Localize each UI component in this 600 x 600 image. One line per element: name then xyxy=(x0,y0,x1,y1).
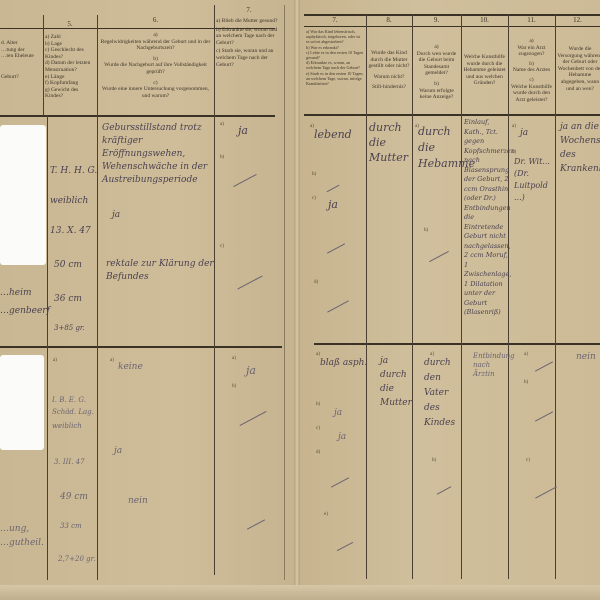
sub-label: c) xyxy=(312,196,316,201)
sub-label: b) xyxy=(232,384,236,389)
col-divider xyxy=(461,14,462,579)
column-number: 7. xyxy=(214,6,284,14)
sub-label: b) xyxy=(524,380,528,385)
sub-label: a) xyxy=(524,352,528,357)
child-sex: weiblich xyxy=(50,196,88,206)
sub-label: c) xyxy=(526,458,530,463)
col-divider xyxy=(43,15,44,115)
col4-header: d. Alter …tung der …ten Eheleute Geburt? xyxy=(1,40,41,80)
column-number: 12. xyxy=(555,16,600,24)
midwife-assistance: Entbindung nach Ärztin xyxy=(473,352,509,379)
col-divider xyxy=(284,5,285,580)
child-sex: weiblich xyxy=(52,422,82,430)
column-number: 5. xyxy=(43,20,97,28)
column-number: 10. xyxy=(461,16,508,24)
registered-by: durch die Hebamme xyxy=(418,124,462,172)
child-weight: 2,7+20 gr. xyxy=(58,555,95,563)
child-condition: lebend xyxy=(314,128,352,141)
redaction-patch xyxy=(0,355,44,450)
col4-fragment: …gutheil. xyxy=(0,538,44,548)
col-divider xyxy=(412,14,413,579)
col-divider xyxy=(97,15,98,580)
col5-header: a) Zahl b) Lage c) Geschlecht des Kindes… xyxy=(45,34,97,100)
col11-header: a) War ein Arzt zugezogen? b) Name des A… xyxy=(510,38,553,103)
sub-label: a) xyxy=(53,358,57,363)
doctor-name: Dr. Wit... (Dr. Luitpold ...) xyxy=(514,156,556,204)
col12-header: Wurde die Versorgung während der Geburt … xyxy=(557,46,600,92)
child-weight: 3+85 gr. xyxy=(54,324,85,332)
sub-label: c) xyxy=(316,426,320,431)
sub-label: d) xyxy=(316,450,320,455)
registered-by: durch den Vater des Kindes xyxy=(424,356,464,431)
mother-healthy: ja xyxy=(246,364,256,377)
internal-examination: nein xyxy=(128,496,148,506)
head-circumference: 33 cm xyxy=(60,522,82,530)
child-initials: T. H. H. G. xyxy=(50,166,97,176)
col4-fragment: …genbeerf xyxy=(0,306,50,316)
column-number: 8. xyxy=(366,16,412,24)
sub-label: a) xyxy=(110,358,114,363)
column-number: 7. xyxy=(304,16,366,24)
sub-label: a) xyxy=(232,356,236,361)
header-bottom-rule xyxy=(0,115,275,117)
sub-label: d) xyxy=(314,280,318,285)
child-condition: blaß asph. xyxy=(320,358,367,368)
head-circumference: 36 cm xyxy=(54,294,82,304)
sub-label: b) xyxy=(432,458,436,463)
care-handover: ja an die Wochenstation des Krankenhause… xyxy=(560,120,600,176)
child-healthy-10-days: ja xyxy=(328,198,338,211)
sub-label: e) xyxy=(324,512,328,517)
sub-label: b) xyxy=(312,172,316,177)
sub-label: b) xyxy=(424,228,428,233)
row-divider-1 xyxy=(0,346,282,348)
child-length: 49 cm xyxy=(60,492,88,502)
redaction-patch xyxy=(0,125,46,265)
doctor-called: ja xyxy=(520,128,528,138)
sub-label: c) xyxy=(220,244,224,249)
column-number: 11. xyxy=(508,16,555,24)
sub-label: b) xyxy=(512,150,516,155)
column-number: 6. xyxy=(97,16,214,24)
sub-label: a) xyxy=(512,124,516,129)
child-length: 50 cm xyxy=(54,260,82,270)
sub-label: b) xyxy=(316,402,320,407)
col7b-header: a) War das Kind lebensfrisch, asphyktisc… xyxy=(306,29,364,86)
child-healthy-10-days: ja xyxy=(338,432,346,442)
placenta-checked: ja xyxy=(112,210,120,220)
sub-label: a) xyxy=(316,352,320,357)
col-divider xyxy=(366,14,367,579)
child-sick: ja xyxy=(334,408,342,418)
mother-healthy: ja xyxy=(238,124,248,137)
midwife-assistance: Einlauf, Kath., Tct. gegen Kopfschmerzen… xyxy=(464,118,510,318)
birth-irregularities: keine xyxy=(118,362,143,372)
col4-fragment: …heim xyxy=(0,288,32,298)
page-bottom-edge xyxy=(0,585,600,600)
col4-fragment: …ung, xyxy=(0,524,29,534)
row-divider-1 xyxy=(314,343,600,345)
col-divider xyxy=(47,115,48,580)
col8-header: Wurde das Kind durch die Mutter gestillt… xyxy=(368,50,410,91)
breastfed-by: durch die Mutter xyxy=(369,120,413,165)
col10-header: Welche Kunsthilfe wurde durch die Hebamm… xyxy=(463,54,506,87)
last-menstruation-date: 13. X. 47 xyxy=(50,226,91,236)
col7-header: a) Blieb die Mutter gesund? b) Erkrankte… xyxy=(216,18,282,68)
breastfed-by: ja durch die Mutter xyxy=(380,354,414,410)
internal-examination: rektale zur Klärung der Befundes xyxy=(106,258,214,284)
sub-label: a) xyxy=(220,122,224,127)
col6-header: a) Regelwidrigkeiten während der Geburt … xyxy=(98,32,213,99)
birth-irregularities: Gebursstillstand trotz kräftiger Eröffnu… xyxy=(102,122,212,187)
placenta-checked: ja xyxy=(114,446,122,456)
child-position: Schäd. Lag. xyxy=(52,408,94,416)
column-number: 9. xyxy=(412,16,461,24)
col9-header: a) Durch wen wurde die Geburt beim Stand… xyxy=(414,44,459,101)
sub-label: b) xyxy=(220,155,224,160)
child-initials: I. B. E. G. xyxy=(52,396,86,404)
book-fold xyxy=(294,0,300,600)
care-handover: nein xyxy=(576,352,596,362)
col-divider xyxy=(555,14,556,579)
last-menstruation-date: 3. III. 47 xyxy=(54,458,85,466)
col-divider xyxy=(214,5,215,575)
